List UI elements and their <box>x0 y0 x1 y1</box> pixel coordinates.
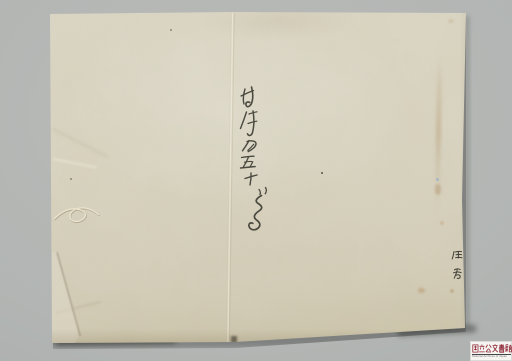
watermark-kanji-text <box>472 344 512 353</box>
paper-shadow <box>465 16 469 328</box>
ink-speck <box>170 29 172 31</box>
fold-pucker-shading <box>188 12 368 58</box>
photo-backdrop: National Archives of Japan <box>0 0 512 361</box>
foxing-spot <box>450 289 454 293</box>
paper-fiber <box>52 193 102 231</box>
stain <box>435 184 441 195</box>
calligraphy-title <box>237 85 273 235</box>
watermark-subtitle-en: National Archives of Japan <box>472 355 512 358</box>
foxing-spot <box>448 19 454 23</box>
fiber-fleck <box>436 178 439 181</box>
archive-watermark: National Archives of Japan <box>470 341 512 361</box>
ink-speck <box>70 178 72 180</box>
ink-speck <box>321 172 323 174</box>
foxing-spot <box>440 221 444 225</box>
foxing-spot <box>418 288 425 293</box>
document-sheet <box>48 10 468 345</box>
